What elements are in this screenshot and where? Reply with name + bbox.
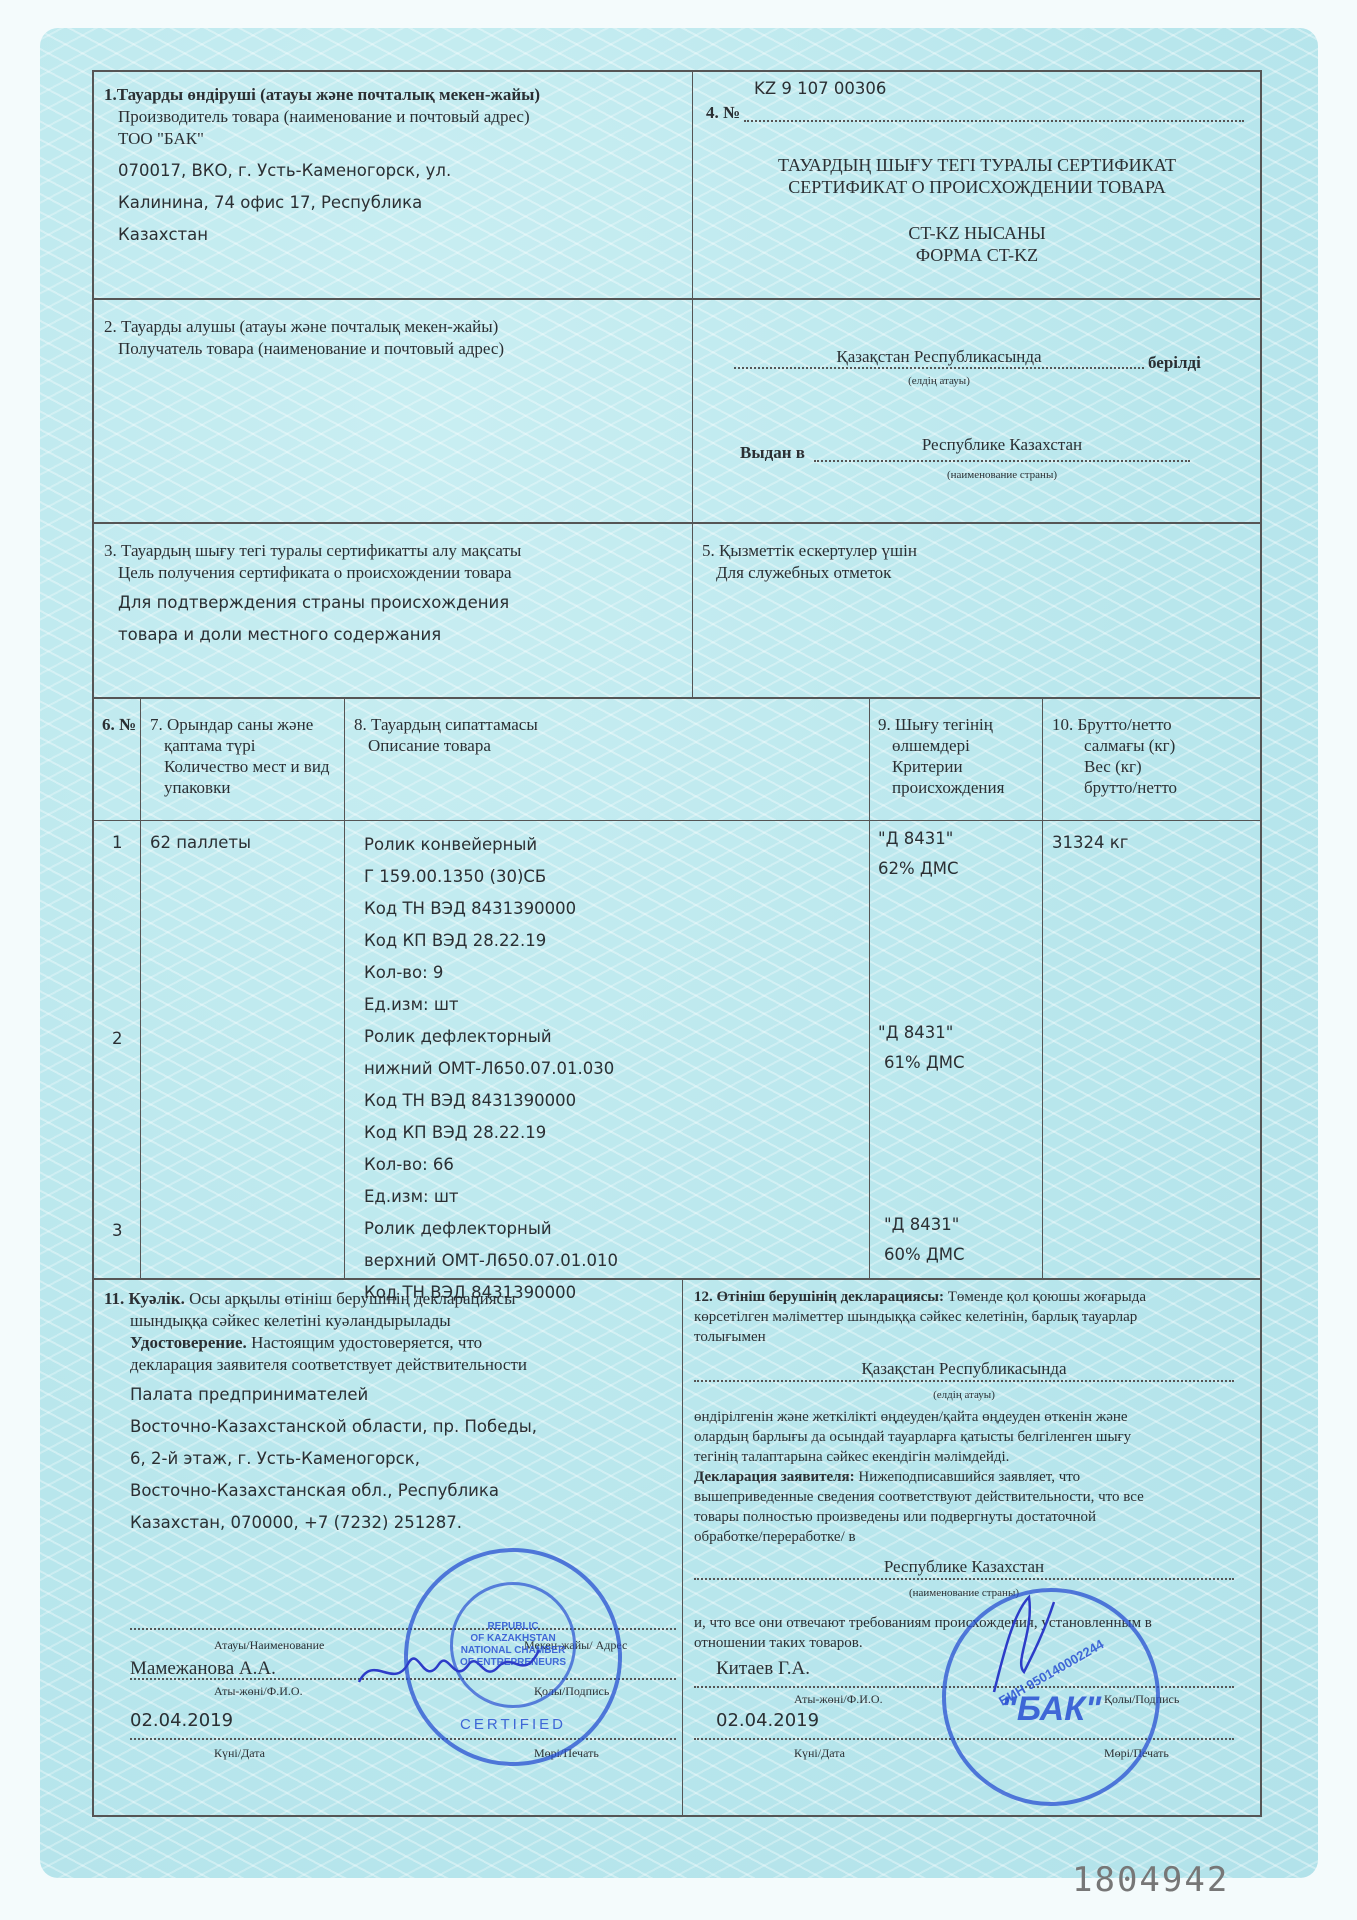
row-number: 3 <box>112 1220 123 1242</box>
row-description: Кол-во: 66 <box>364 1154 454 1176</box>
chamber-address: Восточно-Казахстанская обл., Республика <box>130 1480 499 1502</box>
row-description: Ролик конвейерный <box>364 834 537 856</box>
serial-number: 1804942 <box>1072 1860 1229 1900</box>
number-label: 4. № <box>706 102 740 124</box>
col9-header: өлшемдері <box>892 735 970 757</box>
chamber-address: 6, 2-й этаж, г. Усть-Каменогорск, <box>130 1448 420 1470</box>
stamp-text: REPUBLIC <box>487 1621 538 1633</box>
row-criteria: "Д 8431" <box>878 1022 953 1044</box>
col7-header: қаптама түрі <box>164 735 255 757</box>
title-kz: ТАУАРДЫҢ ШЫҒУ ТЕГІ ТУРАЛЫ СЕРТИФИКАТ <box>694 154 1260 176</box>
title-ru: СЕРТИФИКАТ О ПРОИСХОЖДЕНИИ ТОВАРА <box>694 176 1260 198</box>
row-description: Г 159.00.1350 (30)СБ <box>364 866 546 888</box>
col9-header: Критерии <box>892 756 963 778</box>
dotted-line <box>694 1578 1234 1580</box>
certificate-number: KZ 9 107 00306 <box>754 78 886 100</box>
col8-header: Описание товара <box>368 735 491 757</box>
divider <box>344 697 345 1278</box>
box12-text: Нижеподписавшийся заявляет, что <box>858 1469 1080 1485</box>
col7-header: Количество мест и вид <box>164 756 330 778</box>
packages-value: 62 паллеты <box>150 832 251 854</box>
caption-date: Күні/Дата <box>214 1742 265 1764</box>
box2-label-kz: 2. Тауарды алушы (атауы және почталық ме… <box>104 316 498 338</box>
dotted-line <box>744 120 1244 122</box>
box11-text: шындыққа сәйкес келетіні куәландырылады <box>130 1310 451 1332</box>
box12-text: товары полностью произведены или подверг… <box>694 1506 1096 1528</box>
dotted-line <box>734 367 1144 369</box>
chamber-address: Восточно-Казахстанской области, пр. Побе… <box>130 1416 537 1438</box>
country-caption-kz: (елдің атауы) <box>694 1384 1234 1406</box>
row-number: 1 <box>112 832 123 854</box>
country-caption-kz: (елдің атауы) <box>734 370 1144 392</box>
box11-text: Настоящим удостоверяется, что <box>251 1333 482 1352</box>
col7-header: 7. Орындар саны және <box>150 714 313 736</box>
divider <box>94 1278 1260 1280</box>
box12-text: олардың барлығы да осындай тауарларға қа… <box>694 1426 1131 1448</box>
country-caption-ru: (наименование страны) <box>814 464 1190 486</box>
caption-date: Күні/Дата <box>794 1742 845 1764</box>
col10-header: салмағы (кг) <box>1084 735 1175 757</box>
row-description: Ед.изм: шт <box>364 994 459 1016</box>
row-description: нижний ОМТ-Л650.07.01.030 <box>364 1058 614 1080</box>
chamber-signer: Мамежанова А.А. <box>130 1658 276 1680</box>
row-description: Ролик дефлекторный <box>364 1026 552 1048</box>
divider <box>94 522 1260 524</box>
row-criteria: "Д 8431" <box>884 1214 959 1236</box>
caption-fio: Аты-жөні/Ф.И.О. <box>794 1688 883 1710</box>
weight-value: 31324 кг <box>1052 832 1128 854</box>
row-description: Код КП ВЭД 28.22.19 <box>364 1122 546 1144</box>
box12-text: Төменде қол қоюшы жоғарыда <box>948 1289 1146 1305</box>
row-description: Ролик дефлекторный <box>364 1218 552 1240</box>
row-description: Код ТН ВЭД 8431390000 <box>364 1090 576 1112</box>
col7-header: упаковки <box>164 777 230 799</box>
caption-name: Атауы/Наименование <box>214 1634 324 1656</box>
divider <box>94 298 1260 300</box>
producer-name: ТОО "БАК" <box>118 128 204 150</box>
col6-header: 6. № <box>102 714 136 736</box>
caption-fio: Аты-жөні/Ф.И.О. <box>214 1680 303 1702</box>
declarant-signer: Китаев Г.А. <box>716 1658 810 1680</box>
col9-header: происхождения <box>892 777 1004 799</box>
box3-label-kz: 3. Тауардың шығу тегі туралы сертификатт… <box>104 540 521 562</box>
divider <box>140 697 141 1278</box>
row-criteria: 61% ДМС <box>884 1052 965 1074</box>
producer-address-line: Калинина, 74 офис 17, Республика <box>118 192 422 214</box>
issued-suffix-kz: берілді <box>1148 352 1201 374</box>
box11-title-kz: 11. Куәлік. <box>104 1289 185 1308</box>
chamber-address: Казахстан, 070000, +7 (7232) 251287. <box>130 1512 462 1534</box>
box11-text: декларация заявителя соответствует дейст… <box>130 1354 527 1376</box>
row-description: Кол-во: 9 <box>364 962 443 984</box>
box12-text: өндірілгенін және жеткілікті өңдеуден/қа… <box>694 1406 1128 1428</box>
col10-header: 10. Брутто/нетто <box>1052 714 1172 736</box>
box2-label-ru: Получатель товара (наименование и почтов… <box>118 338 504 360</box>
box5-label-kz: 5. Қызметтік ескертулер үшін <box>702 540 917 562</box>
box12-text: вышеприведенные сведения соответствуют д… <box>694 1486 1144 1508</box>
chamber-address: Палата предпринимателей <box>130 1384 368 1406</box>
issued-label-ru: Выдан в <box>740 442 805 464</box>
box12-text: көрсетілген мәліметтер шындыққа сәйкес к… <box>694 1306 1137 1328</box>
box12-text: отношении таких товаров. <box>694 1632 863 1654</box>
declarant-date: 02.04.2019 <box>716 1710 819 1732</box>
declaration-country-kz: Қазақстан Республикасында <box>694 1358 1234 1380</box>
box12-text: толығымен <box>694 1326 766 1348</box>
producer-address-line: Казахстан <box>118 224 208 246</box>
box3-label-ru: Цель получения сертификата о происхожден… <box>118 562 512 584</box>
row-number: 2 <box>112 1028 123 1050</box>
declaration-title-ru: Декларация заявителя: <box>694 1469 855 1485</box>
divider <box>94 820 1260 821</box>
box11-text: Осы арқылы өтініш берушінің декларациясы <box>189 1289 515 1308</box>
box5-label-ru: Для служебных отметок <box>716 562 891 584</box>
box12-text: тегінің талаптарына сәйкес екендігін мәл… <box>694 1446 1009 1468</box>
dotted-line <box>814 460 1190 462</box>
divider <box>1042 697 1043 1278</box>
row-criteria: "Д 8431" <box>878 828 953 850</box>
row-description: Ед.изм: шт <box>364 1186 459 1208</box>
form-ru: ФОРМА CT-KZ <box>694 244 1260 266</box>
divider <box>682 1278 683 1817</box>
producer-address-line: 070017, ВКО, г. Усть-Каменогорск, ул. <box>118 160 451 182</box>
row-criteria: 62% ДМС <box>878 858 959 880</box>
box12-text: обработке/переработке/ в <box>694 1526 856 1548</box>
chamber-date: 02.04.2019 <box>130 1710 233 1732</box>
purpose-value: Для подтверждения страны происхождения <box>118 592 509 614</box>
stamp-text: CERTIFIED <box>460 1716 566 1733</box>
col9-header: 9. Шығу тегінің <box>878 714 993 736</box>
divider <box>692 72 693 697</box>
issued-country-kz: Қазақстан Республикасында <box>734 346 1144 368</box>
purpose-value: товара и доли местного содержания <box>118 624 441 646</box>
declaration-country-ru: Республике Казахстан <box>694 1556 1234 1578</box>
divider <box>869 697 870 1278</box>
box1-label-ru: Производитель товара (наименование и поч… <box>118 106 530 128</box>
row-description: Код КП ВЭД 28.22.19 <box>364 930 546 952</box>
box11-title-ru: Удостоверение. <box>130 1333 247 1352</box>
certificate-frame: 1.Тауарды өндіруші (атауы және почталық … <box>92 70 1262 1817</box>
dotted-line <box>694 1380 1234 1382</box>
dotted-line <box>130 1738 676 1740</box>
box12-title: 12. Өтініш берушінің декларациясы: <box>694 1289 944 1305</box>
issued-country-ru: Республике Казахстан <box>814 434 1190 456</box>
col10-header: Вес (кг) <box>1084 756 1142 778</box>
row-description: Код ТН ВЭД 8431390000 <box>364 898 576 920</box>
form-kz: CT-KZ НЫСАНЫ <box>694 222 1260 244</box>
col10-header: брутто/нетто <box>1084 777 1177 799</box>
row-criteria: 60% ДМС <box>884 1244 965 1266</box>
divider <box>94 697 1260 699</box>
declarant-signature <box>984 1592 1064 1702</box>
row-description: верхний ОМТ-Л650.07.01.010 <box>364 1250 618 1272</box>
chamber-signature <box>354 1642 554 1702</box>
country-caption-ru: (наименование страны) <box>694 1582 1234 1604</box>
box1-label-kz: 1.Тауарды өндіруші (атауы және почталық … <box>104 85 540 104</box>
col8-header: 8. Тауардың сипаттамасы <box>354 714 538 736</box>
